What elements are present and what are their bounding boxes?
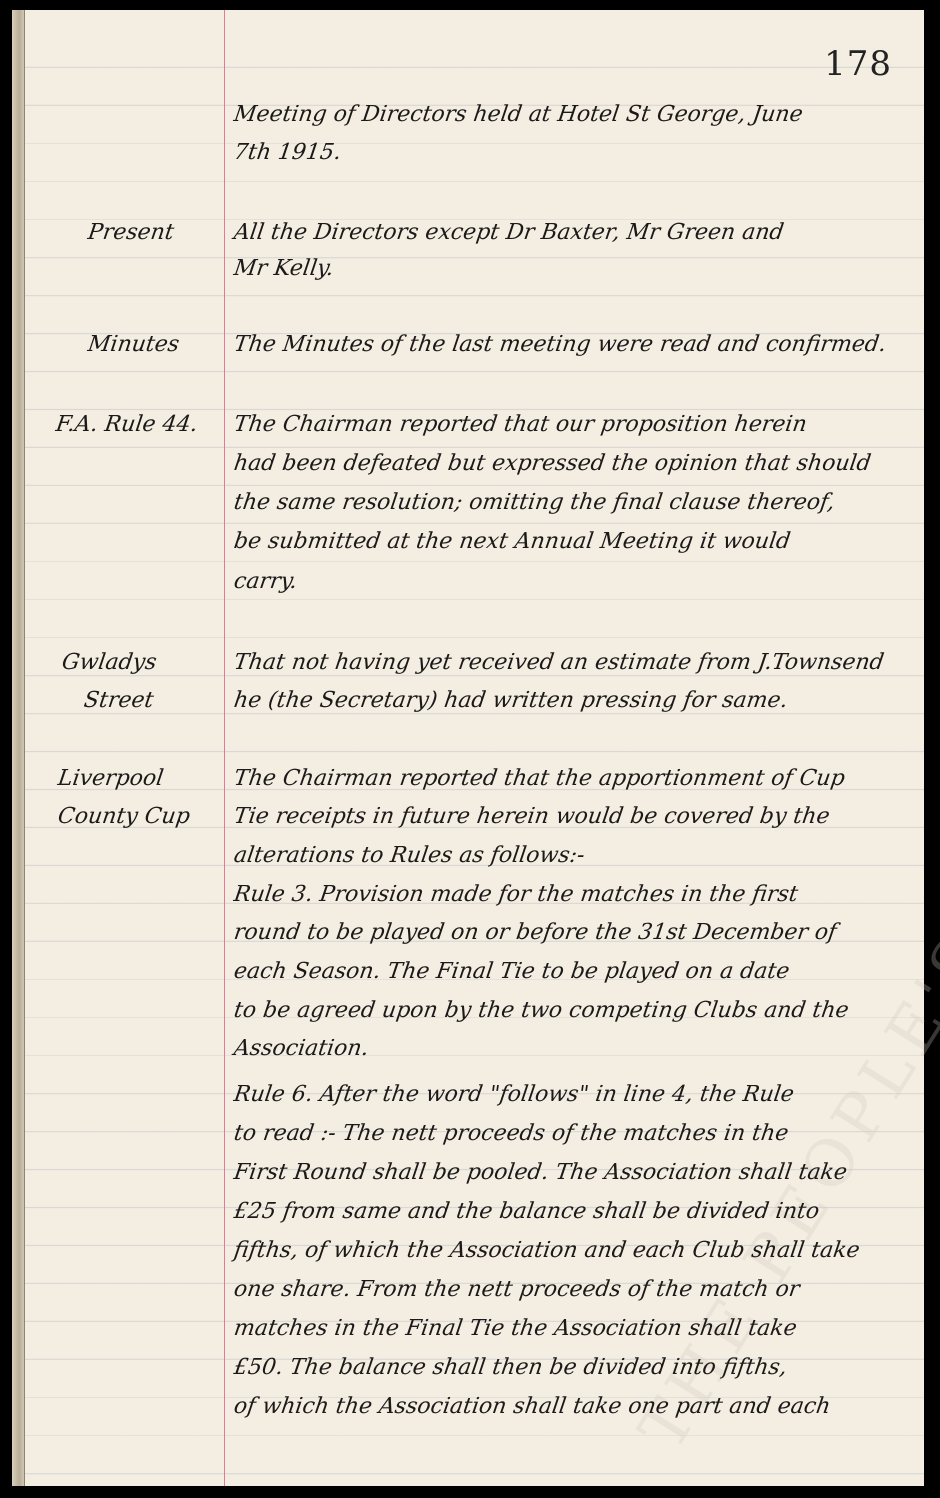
entry-label-gwladys-street-2: Street [82, 690, 154, 712]
entry-line: to read :- The nett proceeds of the matc… [232, 1123, 789, 1145]
entry-line: All the Directors except Dr Baxter, Mr G… [232, 222, 785, 244]
entry-line: the same resolution; omitting the final … [232, 492, 836, 514]
entry-line: each Season. The Final Tie to be played … [232, 961, 790, 983]
entry-line: one share. From the nett proceeds of the… [232, 1279, 800, 1301]
entry-label-fa-rule-44: F.A. Rule 44. [54, 414, 199, 436]
entry-line: The Chairman reported that our propositi… [232, 414, 808, 436]
entry-line: fifths, of which the Association and eac… [232, 1240, 861, 1262]
entry-line: Tie receipts in future herein would be c… [232, 806, 831, 828]
entry-label-liverpool-county-cup-1: Liverpool [56, 768, 164, 790]
entry-line: he (the Secretary) had written pressing … [232, 690, 789, 712]
entry-label-minutes: Minutes [86, 334, 180, 356]
entry-line: carry. [232, 571, 298, 593]
entry-line: £50. The balance shall then be divided i… [232, 1357, 788, 1379]
entry-line: Rule 6. After the word "follows" in line… [232, 1084, 795, 1106]
entry-line: had been defeated but expressed the opin… [232, 453, 872, 475]
entry-line: That not having yet received an estimate… [232, 652, 885, 674]
page-number: 178 [824, 44, 892, 84]
entry-line: alterations to Rules as follows:- [232, 845, 586, 867]
entry-line: round to be played on or before the 31st… [232, 922, 837, 944]
entry-line: The Chairman reported that the apportion… [232, 768, 846, 790]
entry-label-gwladys-street-1: Gwladys [60, 652, 157, 674]
entry-line: First Round shall be pooled. The Associa… [232, 1162, 848, 1184]
entry-line: The Minutes of the last meeting were rea… [232, 334, 887, 356]
entry-line: of which the Association shall take one … [232, 1396, 831, 1418]
entry-label-present: Present [86, 222, 175, 244]
meeting-heading-line-2: 7th 1915. [232, 142, 342, 164]
entry-line: to be agreed upon by the two competing C… [232, 1000, 850, 1022]
entry-label-liverpool-county-cup-2: County Cup [56, 806, 191, 828]
entry-line: be submitted at the next Annual Meeting … [232, 531, 791, 553]
entry-line: Association. [232, 1038, 370, 1060]
entry-line: Mr Kelly. [232, 258, 335, 280]
entry-line: matches in the Final Tie the Association… [232, 1318, 798, 1340]
meeting-heading-line-1: Meeting of Directors held at Hotel St Ge… [232, 104, 804, 126]
red-margin-line [224, 10, 225, 1486]
entry-line: £25 from same and the balance shall be d… [232, 1201, 820, 1223]
page-binding-edge [12, 10, 25, 1486]
entry-line: Rule 3. Provision made for the matches i… [232, 884, 799, 906]
